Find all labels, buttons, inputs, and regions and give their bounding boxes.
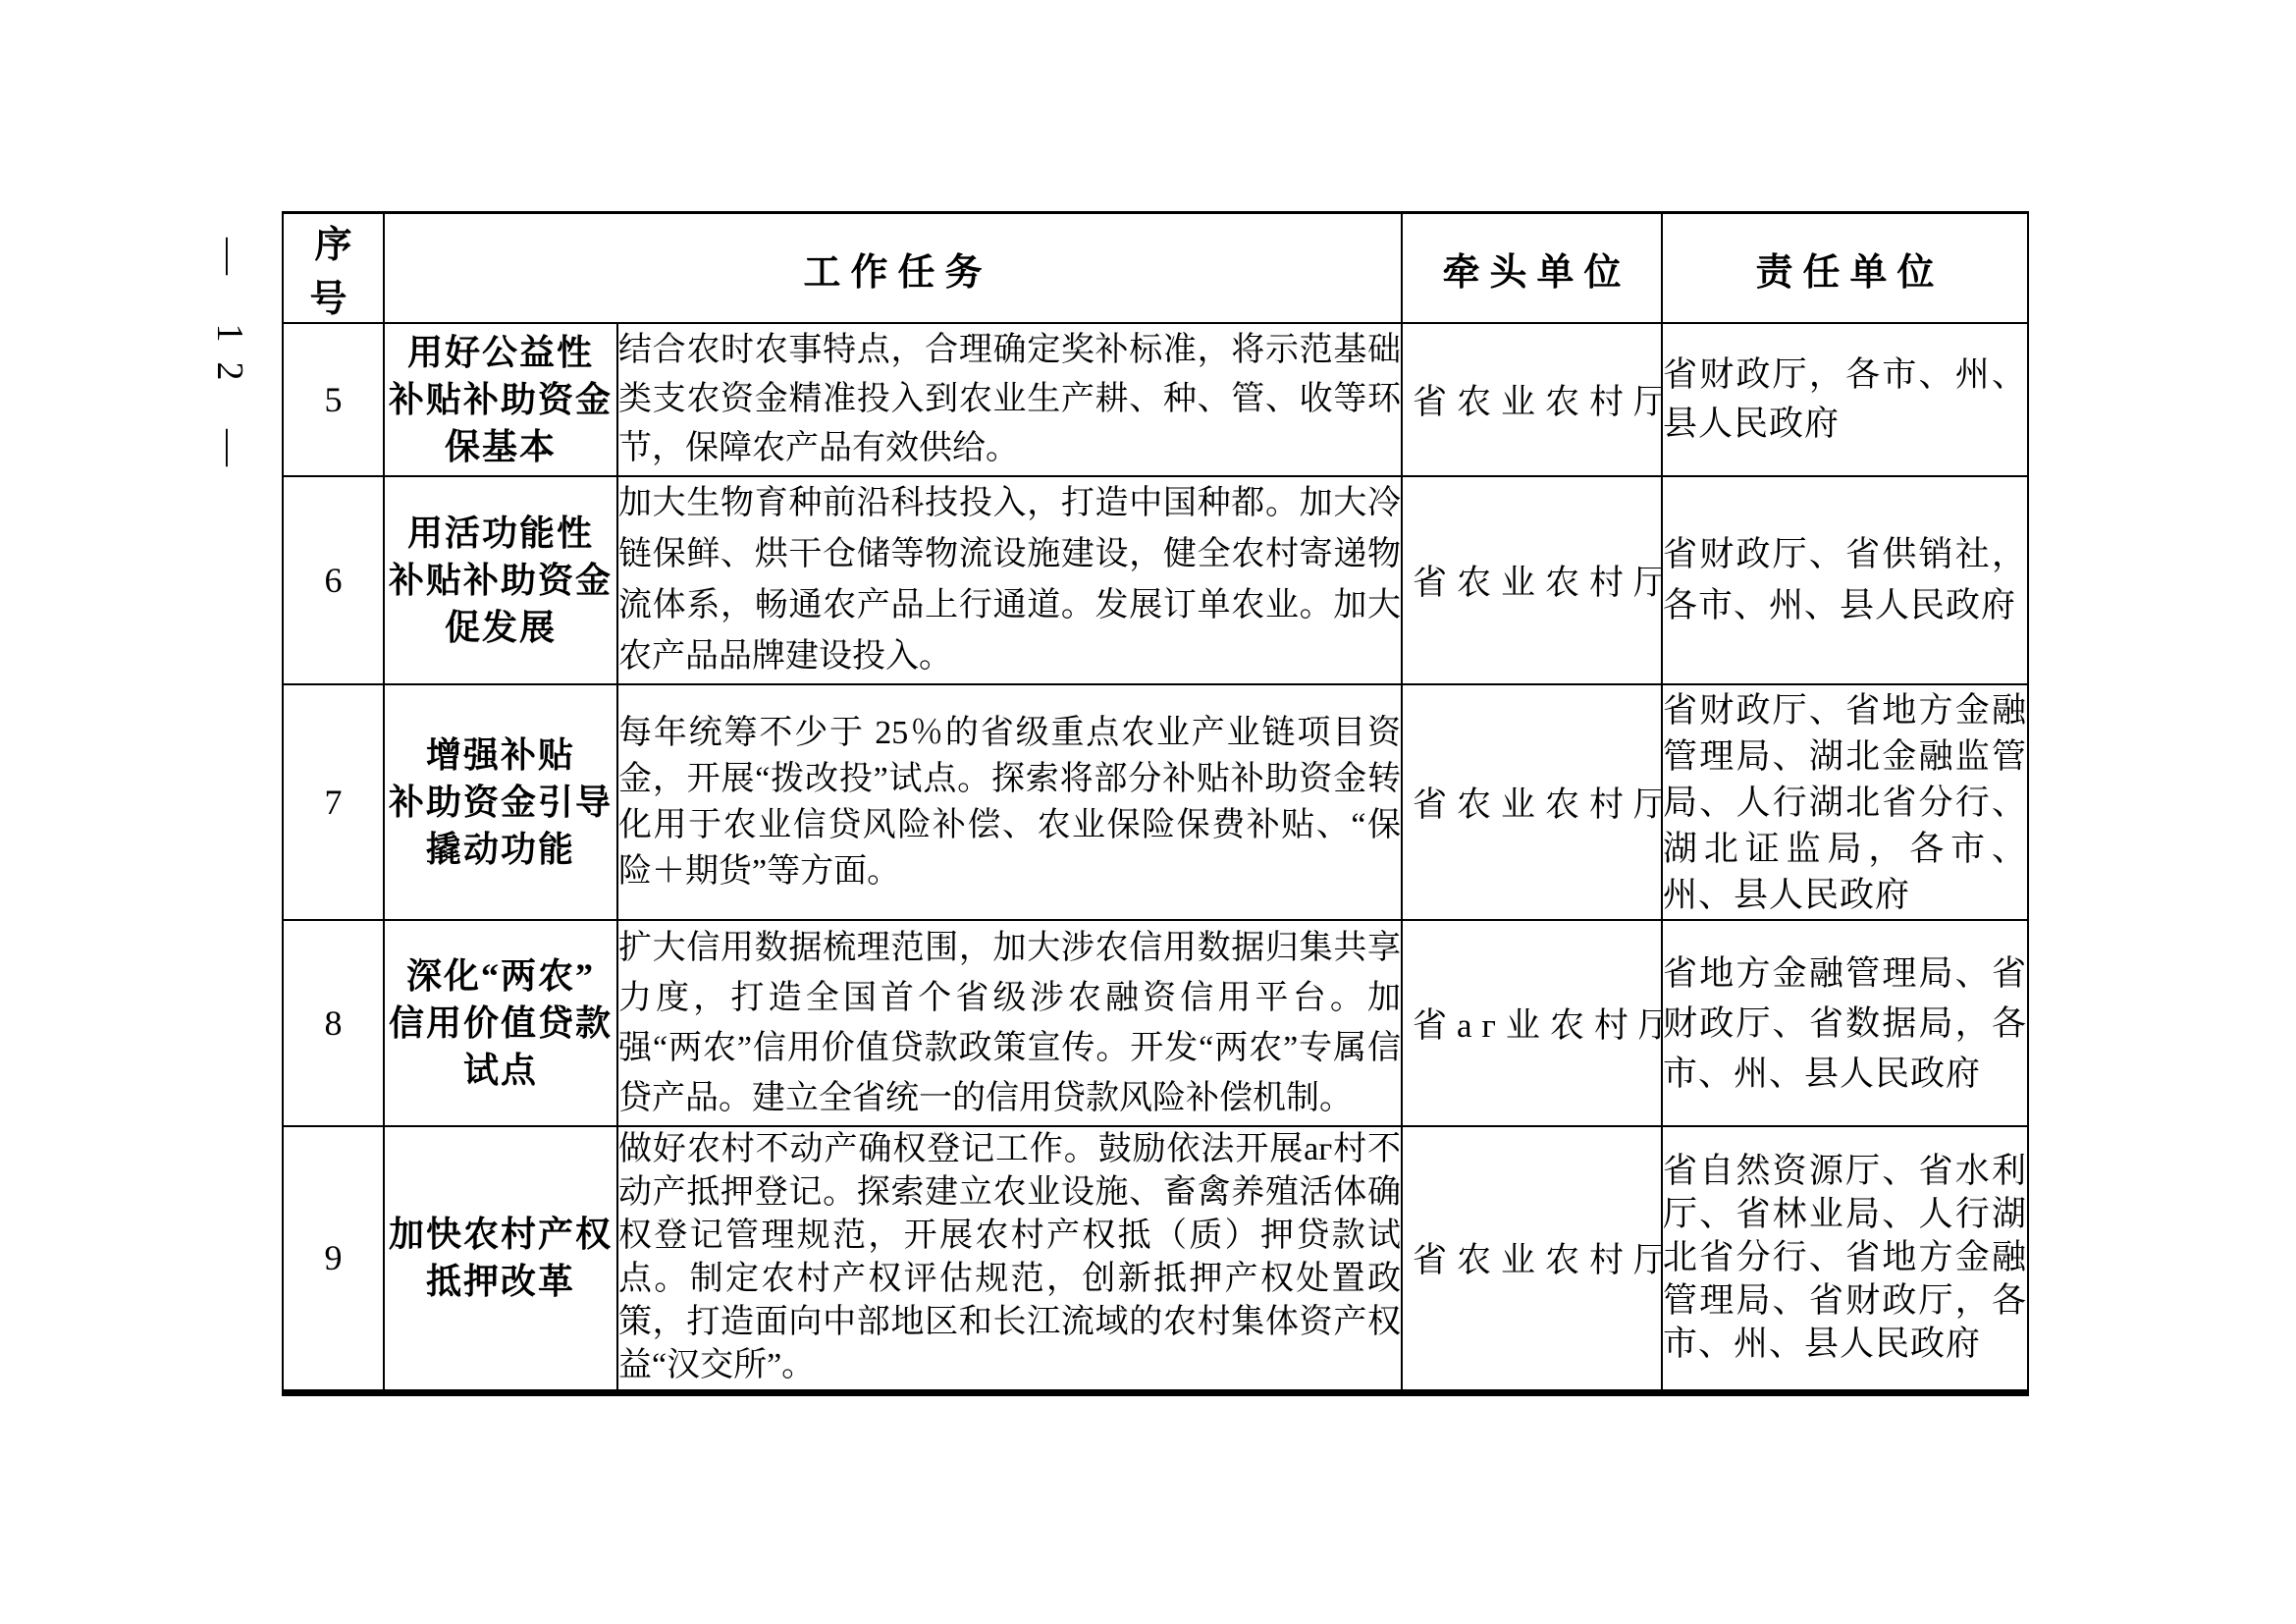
work-task-table: 序号 工作任务 牵头单位 责任单位 5 用好公益性 补贴补助资金 保基本 结合农…	[282, 211, 2029, 1396]
lead-unit-cell: 省аг业农村厅	[1402, 920, 1662, 1126]
col-header-lead-unit: 牵头单位	[1402, 213, 1662, 324]
page-number: — 12 —	[208, 238, 251, 486]
task-desc-cell: 结合农时农事特点，合理确定奖补标准，将示范基础类支农资金精准投入到农业生产耕、种…	[617, 323, 1402, 476]
row-index-cell: 8	[283, 920, 384, 1126]
col-header-index: 序号	[283, 213, 384, 324]
task-desc-cell: 扩大信用数据梳理范围，加大涉农信用数据归集共享力度，打造全国首个省级涉农融资信用…	[617, 920, 1402, 1126]
col-header-task: 工作任务	[384, 213, 1402, 324]
task-name-cell: 用好公益性 补贴补助资金 保基本	[384, 323, 617, 476]
task-name-cell: 加快农村产权 抵押改革	[384, 1126, 617, 1392]
responsible-unit-cell: 省财政厅、省地方金融管理局、湖北金融监管局、人行湖北省分行、湖北证监局，各市、州…	[1662, 684, 2028, 920]
responsible-unit-cell: 省财政厅，各市、州、县人民政府	[1662, 323, 2028, 476]
responsible-unit-cell: 省自然资源厅、省水利厅、省林业局、人行湖北省分行、省地方金融管理局、省财政厅，各…	[1662, 1126, 2028, 1392]
task-name-cell: 用活功能性 补贴补助资金 促发展	[384, 476, 617, 684]
task-name-cell: 增强补贴 补助资金引导 撬动功能	[384, 684, 617, 920]
lead-unit-cell: 省农业农村厅	[1402, 476, 1662, 684]
task-name-cell: 深化“两农” 信用价值贷款 试点	[384, 920, 617, 1126]
col-header-responsible-unit: 责任单位	[1662, 213, 2028, 324]
lead-unit-cell: 省农业农村厅	[1402, 684, 1662, 920]
row-index-cell: 5	[283, 323, 384, 476]
responsible-unit-cell: 省地方金融管理局、省财政厅、省数据局，各市、州、县人民政府	[1662, 920, 2028, 1126]
responsible-unit-cell: 省财政厅、省供销社，各市、州、县人民政府	[1662, 476, 2028, 684]
row-index-cell: 6	[283, 476, 384, 684]
table-row: 9 加快农村产权 抵押改革 做好农村不动产确权登记工作。鼓励依法开展аг村不动产…	[283, 1126, 2028, 1392]
lead-unit-cell: 省农业农村厅	[1402, 1126, 1662, 1392]
table-row: 6 用活功能性 补贴补助资金 促发展 加大生物育种前沿科技投入，打造中国种都。加…	[283, 476, 2028, 684]
row-index-cell: 7	[283, 684, 384, 920]
task-desc-cell: 每年统筹不少于 25％的省级重点农业产业链项目资金，开展“拨改投”试点。探索将部…	[617, 684, 1402, 920]
row-index-cell: 9	[283, 1126, 384, 1392]
table-header-row: 序号 工作任务 牵头单位 责任单位	[283, 213, 2028, 324]
lead-unit-cell: 省农业农村厅	[1402, 323, 1662, 476]
task-desc-cell: 做好农村不动产确权登记工作。鼓励依法开展аг村不动产抵押登记。探索建立农业设施、…	[617, 1126, 1402, 1392]
table-row: 8 深化“两农” 信用价值贷款 试点 扩大信用数据梳理范围，加大涉农信用数据归集…	[283, 920, 2028, 1126]
task-desc-cell: 加大生物育种前沿科技投入，打造中国种都。加大冷链保鲜、烘干仓储等物流设施建设，健…	[617, 476, 1402, 684]
table-row: 5 用好公益性 补贴补助资金 保基本 结合农时农事特点，合理确定奖补标准，将示范…	[283, 323, 2028, 476]
table-row: 7 增强补贴 补助资金引导 撬动功能 每年统筹不少于 25％的省级重点农业产业链…	[283, 684, 2028, 920]
